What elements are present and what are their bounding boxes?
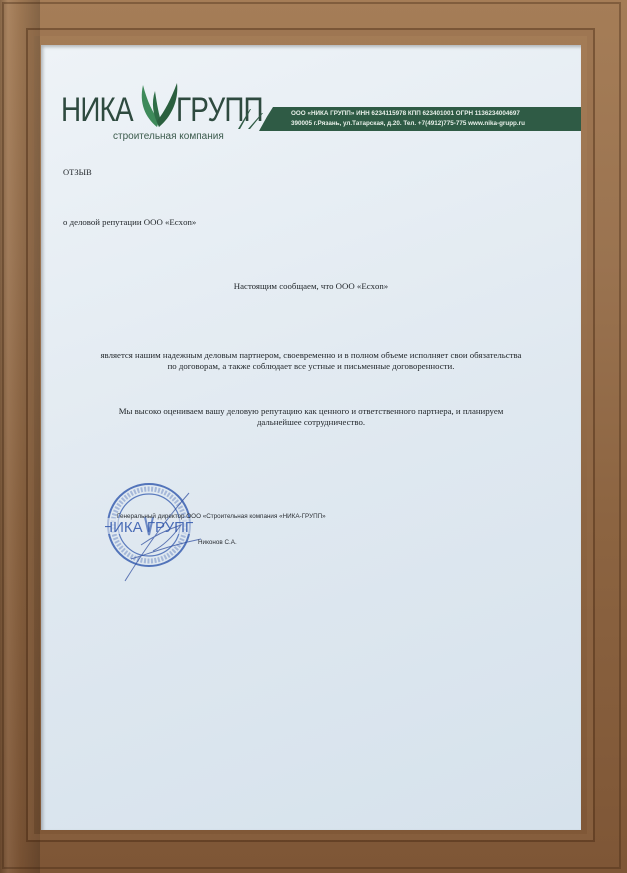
requisites-bar: ООО «НИКА ГРУПП» ИНН 6234115978 КПП 6234… bbox=[259, 107, 581, 131]
logo-word-left: НИКА bbox=[61, 93, 133, 127]
letter-paper: НИКА ГРУПП строительная компания ООО «НИ… bbox=[41, 45, 581, 830]
signatory-name: Никонов С.А. bbox=[198, 539, 237, 546]
requisites-line-1: ООО «НИКА ГРУПП» ИНН 6234115978 КПП 6234… bbox=[291, 111, 520, 117]
document-subject: о деловой репутации ООО «Ecxon» bbox=[63, 217, 196, 228]
paragraph-partner-line-2: по договорам, а также соблюдает все устн… bbox=[41, 361, 581, 372]
paragraph-appraisal-line-1: Мы высоко оцениваем вашу деловую репутац… bbox=[41, 406, 581, 417]
signatory-position: Генеральный директор ООО «Строительная к… bbox=[117, 513, 326, 520]
requisites-line-2: 390005 г.Рязань, ул.Татарская, д.20. Тел… bbox=[291, 121, 525, 127]
document-title: ОТЗЫВ bbox=[63, 167, 92, 178]
handwritten-signature bbox=[111, 485, 231, 585]
paragraph-partner: является нашим надежным деловым партнеро… bbox=[41, 350, 581, 373]
intro-line: Настоящим сообщаем, что ООО «Ecxon» bbox=[41, 281, 581, 292]
logo-tagline: строительная компания bbox=[113, 131, 224, 142]
paragraph-partner-line-1: является нашим надежным деловым партнеро… bbox=[41, 350, 581, 361]
paragraph-appraisal-line-2: дальнейшее сотрудничество. bbox=[41, 417, 581, 428]
paragraph-appraisal: Мы высоко оцениваем вашу деловую репутац… bbox=[41, 406, 581, 429]
